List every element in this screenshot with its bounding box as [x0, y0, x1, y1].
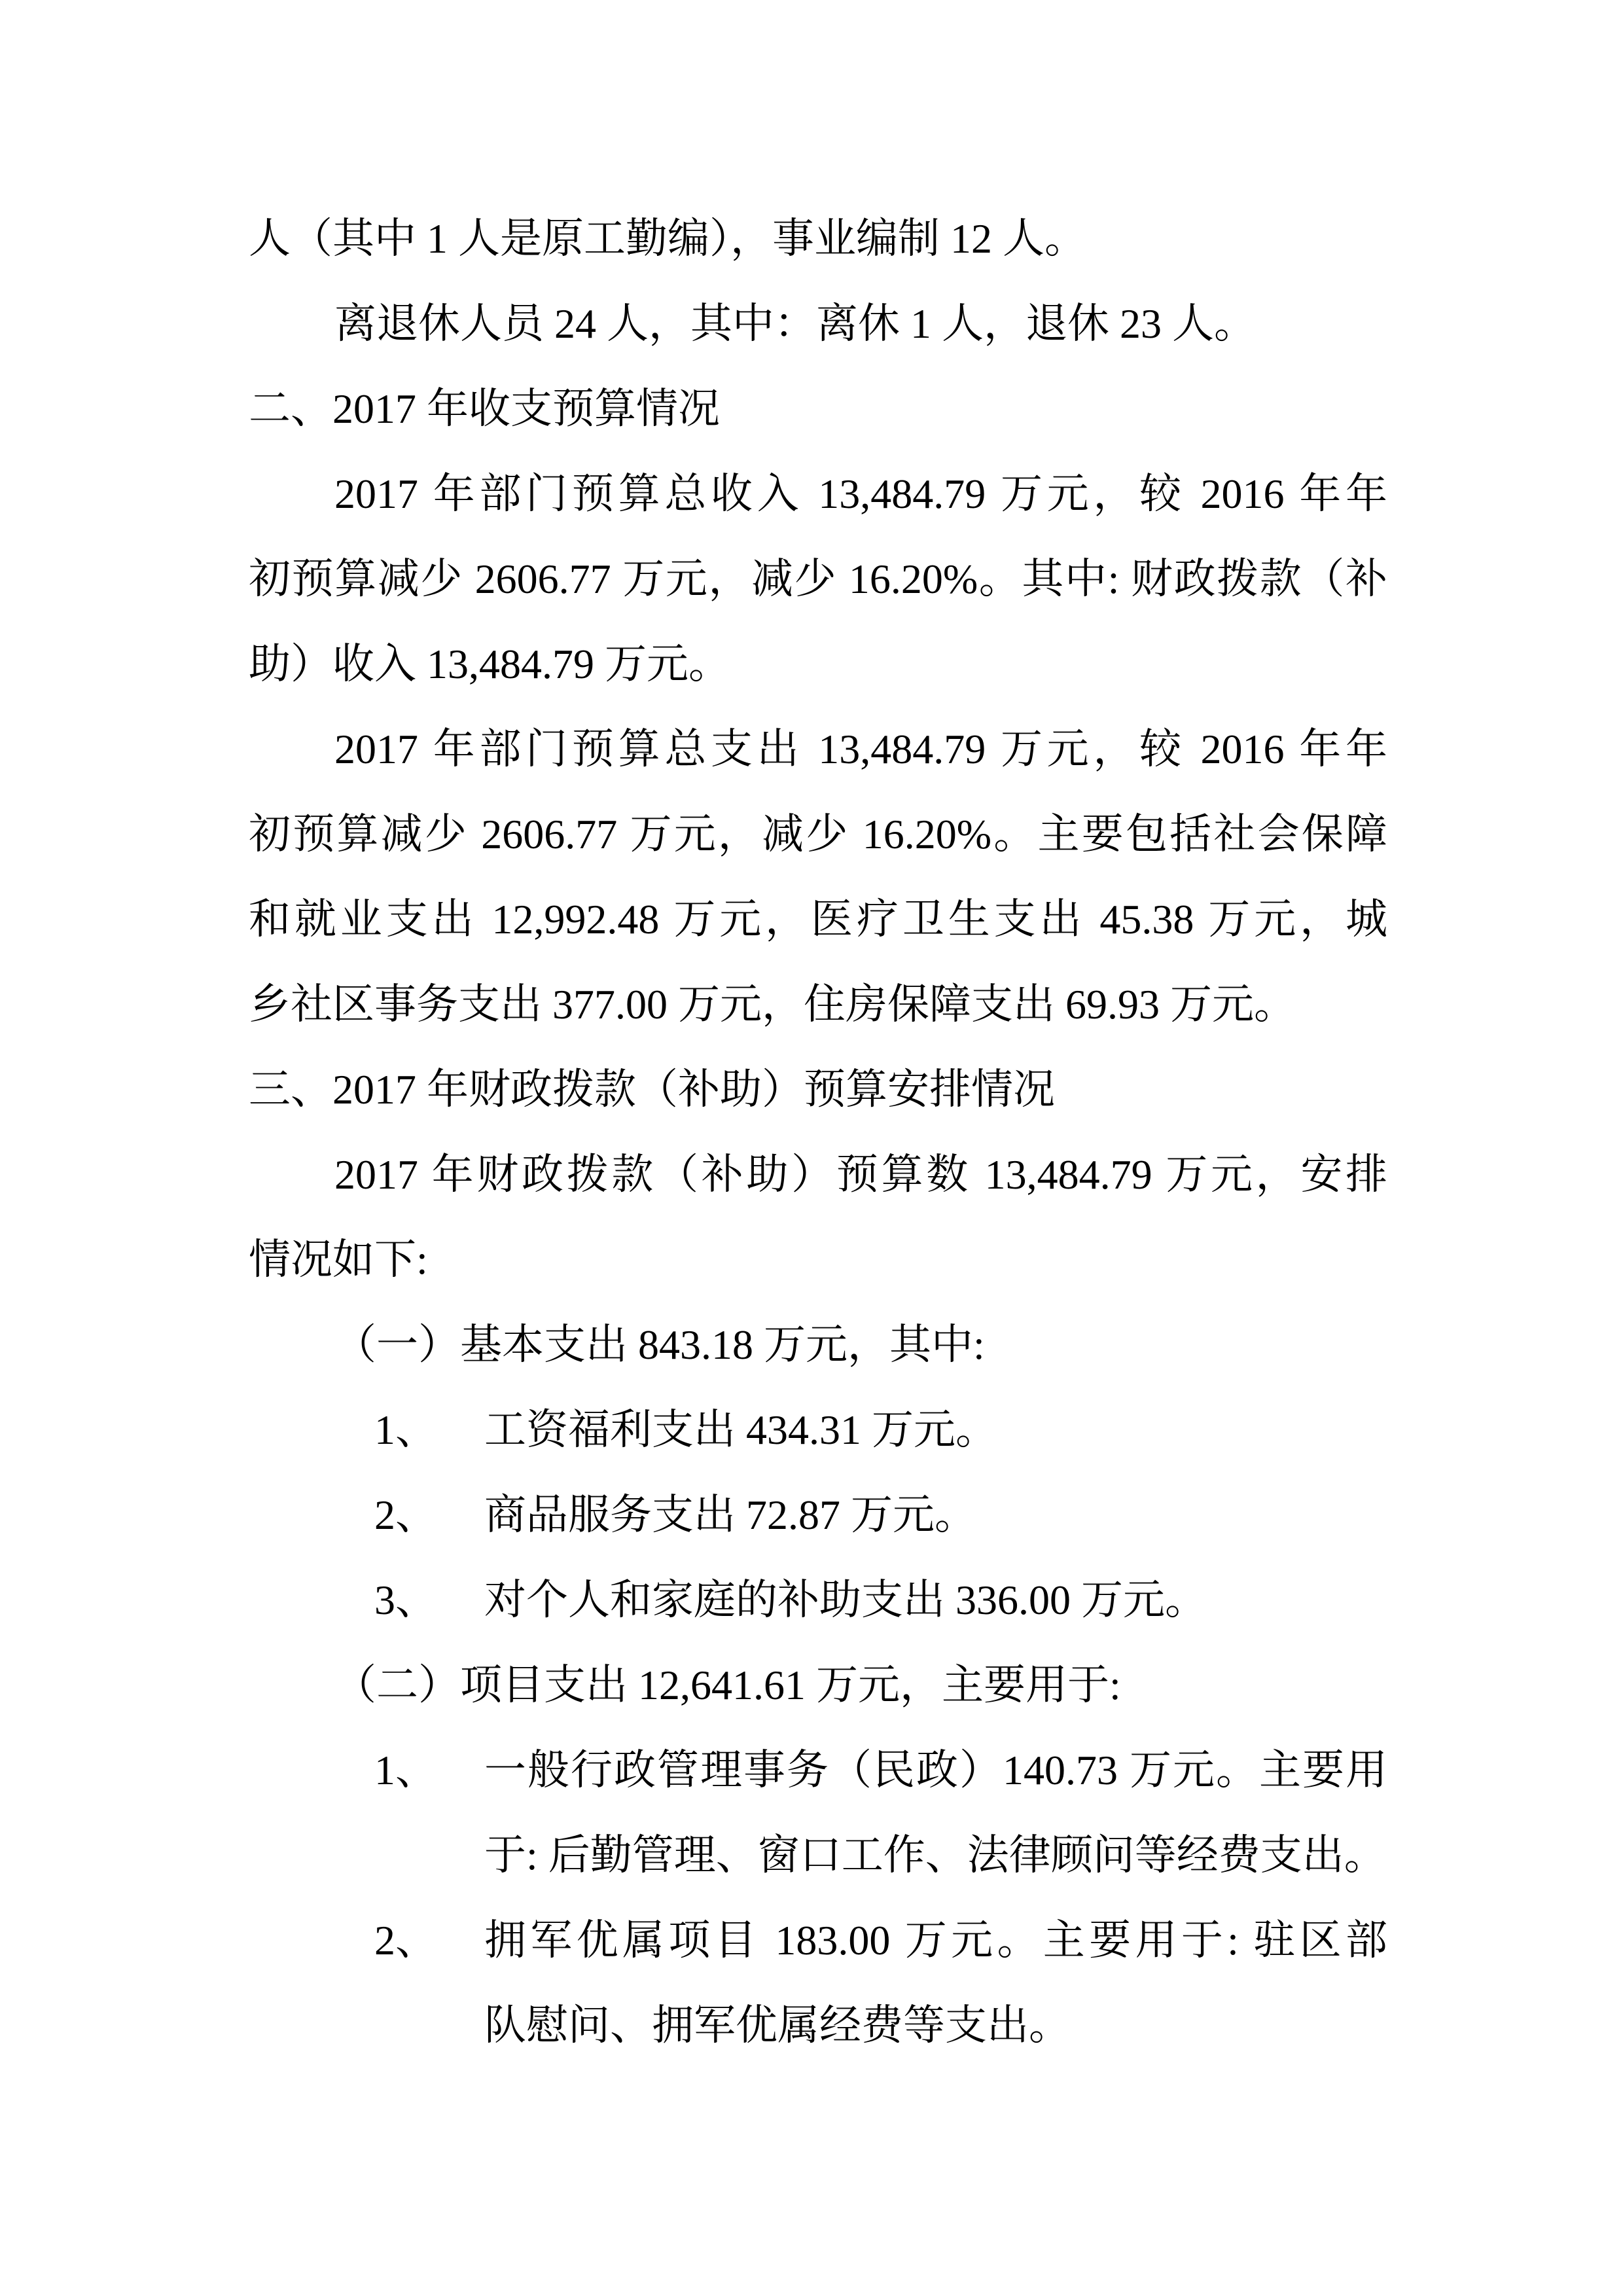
list-item-number: 3、 — [374, 1558, 484, 1643]
body-line-arrangement-intro: 情况如下: — [249, 1217, 1387, 1302]
subsection-heading-basic-expenditure: （一）基本支出 843.18 万元，其中: — [249, 1302, 1387, 1388]
body-line-retirees: 离退休人员 24 人，其中：离休 1 人，退休 23 人。 — [249, 281, 1387, 367]
list-item-text: 拥军优属项目 183.00 万元。主要用于: 驻区部 — [484, 1898, 1387, 1983]
body-line-expenditure-decrease: 初预算减少 2606.77 万元，减少 16.20%。主要包括社会保障 — [249, 792, 1387, 877]
list-item-number: 1、 — [374, 1728, 484, 1813]
body-line-total-revenue: 2017 年部门预算总收入 13,484.79 万元，较 2016 年年 — [249, 452, 1387, 537]
list-item-admin-affairs: 1、 一般行政管理事务（民政）140.73 万元。主要用 — [249, 1728, 1387, 1813]
section-heading-2: 二、2017 年收支预算情况 — [249, 367, 1387, 452]
body-line-expenditure-detail-2: 乡社区事务支出 377.00 万元，住房保障支出 69.93 万元。 — [249, 962, 1387, 1047]
section-heading-3: 三、2017 年财政拨款（补助）预算安排情况 — [249, 1047, 1387, 1132]
body-line-revenue-subsidy: 助）收入 13,484.79 万元。 — [249, 622, 1387, 707]
subsection-heading-project-expenditure: （二）项目支出 12,641.61 万元，主要用于: — [249, 1643, 1387, 1728]
body-line-revenue-decrease: 初预算减少 2606.77 万元，减少 16.20%。其中: 财政拨款（补 — [249, 537, 1387, 622]
list-item-military-support-continuation: 队慰问、拥军优属经费等支出。 — [249, 1983, 1387, 2068]
body-line-appropriation-total: 2017 年财政拨款（补助）预算数 13,484.79 万元，安排 — [249, 1132, 1387, 1217]
body-line-total-expenditure: 2017 年部门预算总支出 13,484.79 万元，较 2016 年年 — [249, 707, 1387, 792]
list-item-text: 一般行政管理事务（民政）140.73 万元。主要用 — [484, 1728, 1387, 1813]
list-item-number: 2、 — [374, 1473, 484, 1558]
list-item-admin-affairs-continuation: 于: 后勤管理、窗口工作、法律顾问等经费支出。 — [249, 1813, 1387, 1898]
list-item-subsidies: 3、 对个人和家庭的补助支出 336.00 万元。 — [249, 1558, 1387, 1643]
list-item-text: 工资福利支出 434.31 万元。 — [484, 1388, 1387, 1473]
document-page: 人（其中 1 人是原工勤编），事业编制 12 人。 离退休人员 24 人，其中：… — [0, 0, 1623, 2296]
list-item-text: 商品服务支出 72.87 万元。 — [484, 1473, 1387, 1558]
list-item-wages: 1、 工资福利支出 434.31 万元。 — [249, 1388, 1387, 1473]
list-item-military-support: 2、 拥军优属项目 183.00 万元。主要用于: 驻区部 — [249, 1898, 1387, 1983]
list-item-text: 对个人和家庭的补助支出 336.00 万元。 — [484, 1558, 1387, 1643]
list-item-number: 2、 — [374, 1898, 484, 1983]
list-item-goods-services: 2、 商品服务支出 72.87 万元。 — [249, 1473, 1387, 1558]
body-line-expenditure-detail-1: 和就业支出 12,992.48 万元，医疗卫生支出 45.38 万元，城 — [249, 877, 1387, 962]
list-item-number: 1、 — [374, 1388, 484, 1473]
text-block: 人（其中 1 人是原工勤编），事业编制 12 人。 离退休人员 24 人，其中：… — [249, 196, 1387, 2068]
body-line-staffing-continuation: 人（其中 1 人是原工勤编），事业编制 12 人。 — [249, 196, 1387, 281]
